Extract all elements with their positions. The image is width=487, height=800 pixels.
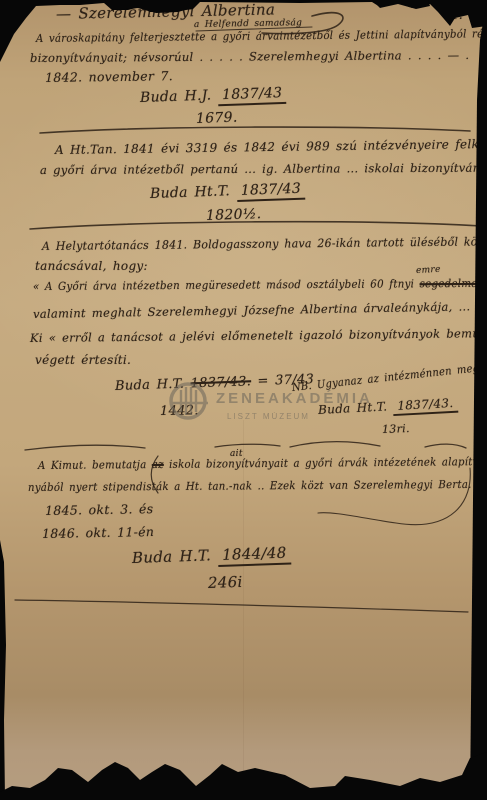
entry4-line1-pre: A Kimut. bemutatja <box>38 458 152 472</box>
document-scan: — Szerelemhegyi Albertina a Helfendd sam… <box>0 0 487 800</box>
entry1-insertion: a Helfendd samadság <box>194 18 302 30</box>
museum-logo-icon <box>168 381 208 421</box>
entry3-line3-struck-word: segedelmet <box>420 277 483 290</box>
divider-3d <box>425 444 466 448</box>
entry1-ref-subnumber: 1679. <box>196 110 238 127</box>
entry4-ref-subnumber: 246i <box>208 573 243 592</box>
page-number: 4. <box>450 8 463 23</box>
divider-2 <box>30 222 482 229</box>
entry3-line6: végett értesíti. <box>35 353 131 367</box>
entry1-date: 1842. november 7. <box>45 68 173 85</box>
entry1-ref-office: Buda H.J. <box>140 88 212 106</box>
entry3-note-subnumber: 13ri. <box>382 422 410 436</box>
long-stray-line <box>15 600 468 612</box>
entry4-superscript-correction: ait <box>230 449 243 459</box>
entry2-ref-number: 1837/43 <box>237 181 306 202</box>
entry3-note-number: 1837/43. <box>393 396 458 416</box>
entry3-line3-pre: « A Győri árva intézetben megüresedett m… <box>33 277 420 293</box>
divider-3a <box>25 445 145 450</box>
closing-swash <box>318 468 470 525</box>
divider-3b <box>215 444 280 447</box>
divider-1 <box>40 127 470 133</box>
entry3-amendment: emre <box>416 265 441 276</box>
entry3-line3-post: . . . . . <box>482 277 487 290</box>
entry2-ref-subnumber: 1820½. <box>206 206 262 224</box>
entry3-line2: tanácsával, hogy: <box>35 259 148 273</box>
entry2-line2: a győri árva intézetből pertanú ... ig. … <box>40 161 487 177</box>
watermark-title: ZENEAKADÉMIA <box>216 390 373 407</box>
divider-3c <box>290 442 380 447</box>
entry4-date2: 1846. okt. 11-én <box>42 524 154 541</box>
watermark-subtitle: LISZT MÚZEUM <box>227 412 310 421</box>
entry4-ref-office: Buda H.T. <box>132 546 212 567</box>
entry4-line1-struck-word: az <box>152 458 164 471</box>
entry2-ref-office: Buda Ht.T. <box>150 183 231 202</box>
entry1-ref-number: 1837/43 <box>218 85 287 106</box>
entry4-ref-number: 1844/48 <box>218 543 291 567</box>
entry4-date1: 1845. okt. 3. és <box>45 501 154 518</box>
